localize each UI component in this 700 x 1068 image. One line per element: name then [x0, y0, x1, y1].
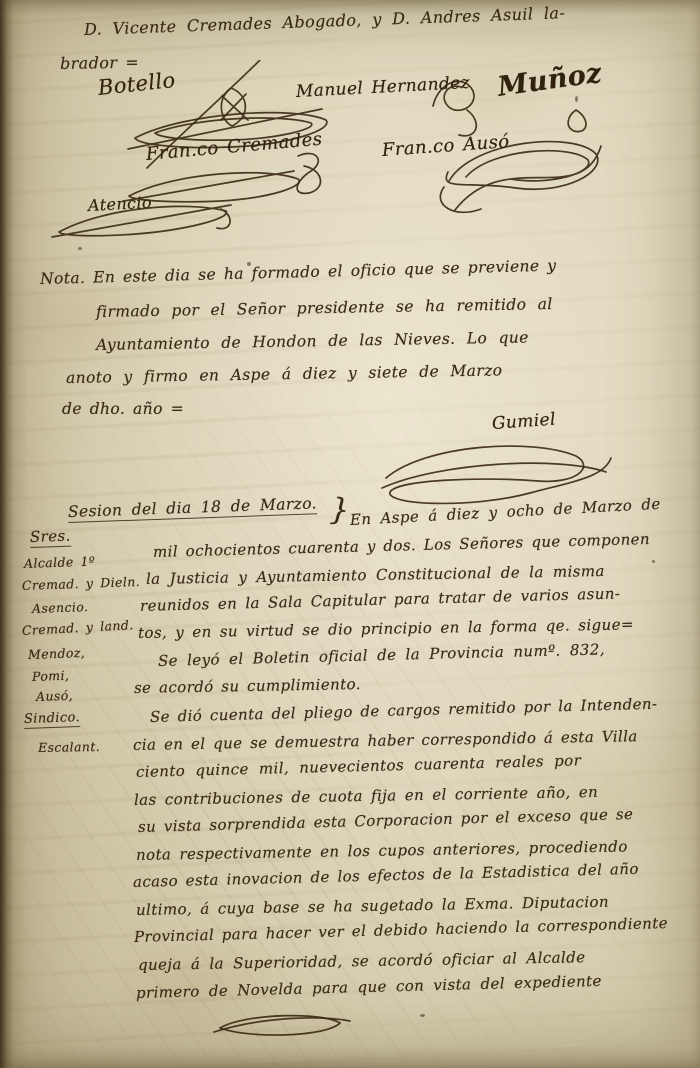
body-line: ultimo, á cuya base se ha sugetado la Ex… [136, 893, 609, 919]
signature-gumiel: Gumiel [491, 410, 556, 434]
paper-bottom-edge [0, 1046, 700, 1068]
nota-line: Nota. En este dia se ha formado el ofici… [40, 256, 557, 288]
body-line: Se dió cuenta del pliego de cargos remit… [150, 695, 658, 726]
signature-cremades: Fran.co Cremades [145, 129, 323, 165]
ink-speck [78, 247, 82, 250]
body-line: En Aspe á diez y ocho de Marzo de [350, 495, 662, 529]
body-line: Provincial para hacer ver el debido haci… [134, 914, 668, 946]
nota-line: firmado por el Señor presidente se ha re… [96, 295, 553, 321]
ink-speck [652, 560, 655, 563]
body-line: Se leyó el Boletin oficial de la Provinc… [158, 640, 605, 670]
ink-speck [420, 1014, 425, 1017]
manuscript-page: D. Vicente Cremades Abogado, y D. Andres… [0, 0, 700, 1068]
signature-munoz: Muñoz [496, 58, 604, 103]
nota-line: de dho. año = [62, 400, 184, 418]
margin-name: Alcalde 1º [24, 554, 96, 571]
margin-name: Asencio. [32, 599, 89, 616]
body-line: se acordó su cumplimiento. [134, 675, 361, 697]
body-line: primero de Novelda para que con vista de… [136, 972, 602, 1002]
margin-name: Pomi, [32, 668, 70, 684]
body-line: su vista sorprendida esta Corporacion po… [138, 805, 634, 836]
ink-speck [575, 96, 578, 102]
page-gutter-shadow [0, 0, 30, 1068]
margin-header: Sres. [30, 527, 71, 548]
flourish-stroke [221, 88, 248, 126]
body-line: reunidos en la Sala Capitular para trata… [140, 584, 621, 615]
body-line: queja á la Superioridad, se acordó ofici… [138, 948, 586, 974]
margin-name: Cremad. y Dieln. [22, 574, 141, 593]
margin-sindico-name: Escalant. [38, 739, 100, 755]
signature-botello: Botello [97, 68, 177, 100]
body-line: nota respectivamente en los cupos anteri… [136, 837, 628, 864]
attestation-line-1: D. Vicente Cremades Abogado, y D. Andres… [84, 3, 566, 39]
margin-name: Cremad. y land. [22, 617, 134, 638]
session-heading: Sesion del dia 18 de Marzo. [68, 494, 318, 523]
nota-line: anoto y firmo en Aspe á diez y siete de … [66, 361, 503, 387]
signature-auso: Fran.co Ausó [381, 131, 510, 161]
nota-line: Ayuntamiento de Hondon de las Nieves. Lo… [96, 328, 529, 354]
bottom-flourish [210, 1006, 355, 1048]
body-line: cia en el que se demuestra haber corresp… [133, 727, 638, 754]
body-line: la Justicia y Ayuntamiento Constituciona… [146, 562, 605, 588]
attestation-line-2: brador = [60, 53, 139, 73]
flourish-stroke [220, 1016, 340, 1035]
flourish-stroke [568, 110, 586, 132]
body-line: ciento quince mil, nuevecientos cuarenta… [136, 751, 582, 781]
margin-name: Ausó, [36, 688, 74, 704]
brace-glyph: } [329, 492, 351, 528]
flourish-stroke [297, 154, 320, 194]
margin-name: Mendoz, [28, 645, 86, 662]
body-line: mil ochocientos cuarenta y dos. Los Seño… [153, 530, 650, 561]
flourish-stroke [386, 446, 611, 503]
flourish-stroke [214, 1018, 350, 1032]
body-line: tos, y en su virtud se dio principio en … [138, 615, 634, 642]
margin-sindico-label: Sindico. [24, 710, 81, 729]
body-line: las contribuciones de cuota fija en el c… [134, 783, 598, 809]
signature-atencio: Atencio [88, 193, 153, 215]
flourish-stroke [382, 463, 606, 488]
body-line: acaso esta inovacion de los efectos de l… [133, 860, 639, 891]
signature-hernandez: Manuel Hernandez [295, 73, 470, 102]
